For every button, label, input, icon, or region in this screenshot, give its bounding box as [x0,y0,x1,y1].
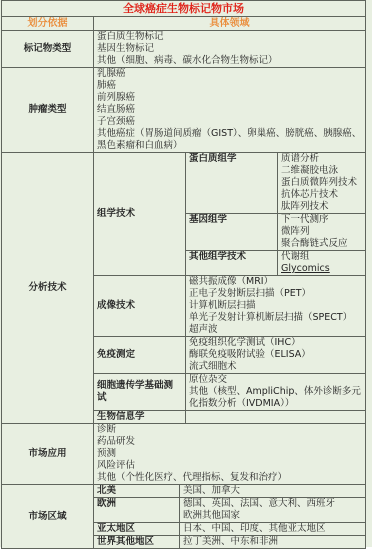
region-apac-detail: 日本、中国、印度、其他亚太地区 [180,523,366,536]
immunoassay-label: 免疫测定 [94,337,186,374]
genomics-items: 下一代测序 微阵列 聚合酶链式反应 [278,214,366,251]
biomarker-market-table: 全球癌症生物标记物市场 划分依据 具体领域 标记物类型 蛋白质生物标记 基因生物… [1,0,366,549]
region-apac-name: 亚太地区 [94,523,180,536]
imaging-items: 磁共振成像（MRI） 正电子发射断层扫描（PET） 计算机断层扫描 单光子发射计… [186,276,366,337]
document-page: 全球癌症生物标记物市场 划分依据 具体领域 标记物类型 蛋白质生物标记 基因生物… [0,0,372,550]
tumor-type-items: 乳腺癌 肺癌 前列腺癌 结直肠癌 子宫颈癌 其他癌症（胃肠道间质瘤（GIST）、… [94,68,366,153]
immunoassay-items: 免疫组织化学测试（IHC） 酶联免疫吸附试验（ELISA） 流式细胞术 [186,337,366,374]
other-omics-items: 代谢组 Glycomics [278,251,366,276]
proteomics-label: 蛋白质组学 [186,153,278,214]
marker-type-items: 蛋白质生物标记 基因生物标记 其他（细胞、病毒、碳水化合物生物标记） [94,31,366,68]
header-row: 划分依据 具体领域 [2,17,366,31]
region-row-name: 世界其他地区 [94,536,180,549]
imaging-label: 成像技术 [94,276,186,337]
bioinformatics-label: 生物信息学 [94,411,186,424]
bioinformatics-items [186,411,366,424]
cytogenetics-items: 原位杂交 其他（核型、AmpliChip、体外诊断多元化指数分析（IVDMIA）… [186,374,366,411]
genomics-label: 基因组学 [186,214,278,251]
marker-type-label: 标记物类型 [2,31,94,68]
row-tumor-type: 肿瘤类型 乳腺癌 肺癌 前列腺癌 结直肠癌 子宫颈癌 其他癌症（胃肠道间质瘤（G… [2,68,366,153]
proteomics-items: 质谱分析 二维凝胶电泳 蛋白质微阵列技术 抗体芯片技术 肽阵列技术 [278,153,366,214]
region-row-detail: 拉丁美洲、中东和非洲 [180,536,366,549]
region-europe-name: 欧洲 [94,498,180,523]
application-label: 市场应用 [2,424,94,485]
other-omics-label: 其他组学技术 [186,251,278,276]
tumor-type-label: 肿瘤类型 [2,68,94,153]
row-marker-type: 标记物类型 蛋白质生物标记 基因生物标记 其他（细胞、病毒、碳水化合物生物标记） [2,31,366,68]
region-na-detail: 美国、加拿大 [180,485,366,498]
region-label: 市场区域 [2,485,94,549]
application-items: 诊断 药品研发 预测 风险评估 其他（个性化医疗、代理指标、复发和治疗） [94,424,366,485]
region-na-name: 北美 [94,485,180,498]
analysis-label: 分析技术 [2,153,94,424]
omics-label: 组学技术 [94,153,186,276]
row-application: 市场应用 诊断 药品研发 预测 风险评估 其他（个性化医疗、代理指标、复发和治疗… [2,424,366,485]
cytogenetics-label: 细胞遗传学基础测试 [94,374,186,411]
glycomics-link[interactable]: Glycomics [281,263,362,275]
page-title: 全球癌症生物标记物市场 [2,1,366,17]
region-europe-detail: 德国、英国、法国、意大利、西班牙 欧洲其他国家 [180,498,366,523]
column-header-field: 具体领域 [94,17,366,31]
row-proteomics: 分析技术 组学技术 蛋白质组学 质谱分析 二维凝胶电泳 蛋白质微阵列技术 抗体芯… [2,153,366,214]
metabolome-item: 代谢组 [281,251,362,263]
column-header-basis: 划分依据 [2,17,94,31]
row-region-na: 市场区域 北美 美国、加拿大 [2,485,366,498]
title-row: 全球癌症生物标记物市场 [2,1,366,17]
